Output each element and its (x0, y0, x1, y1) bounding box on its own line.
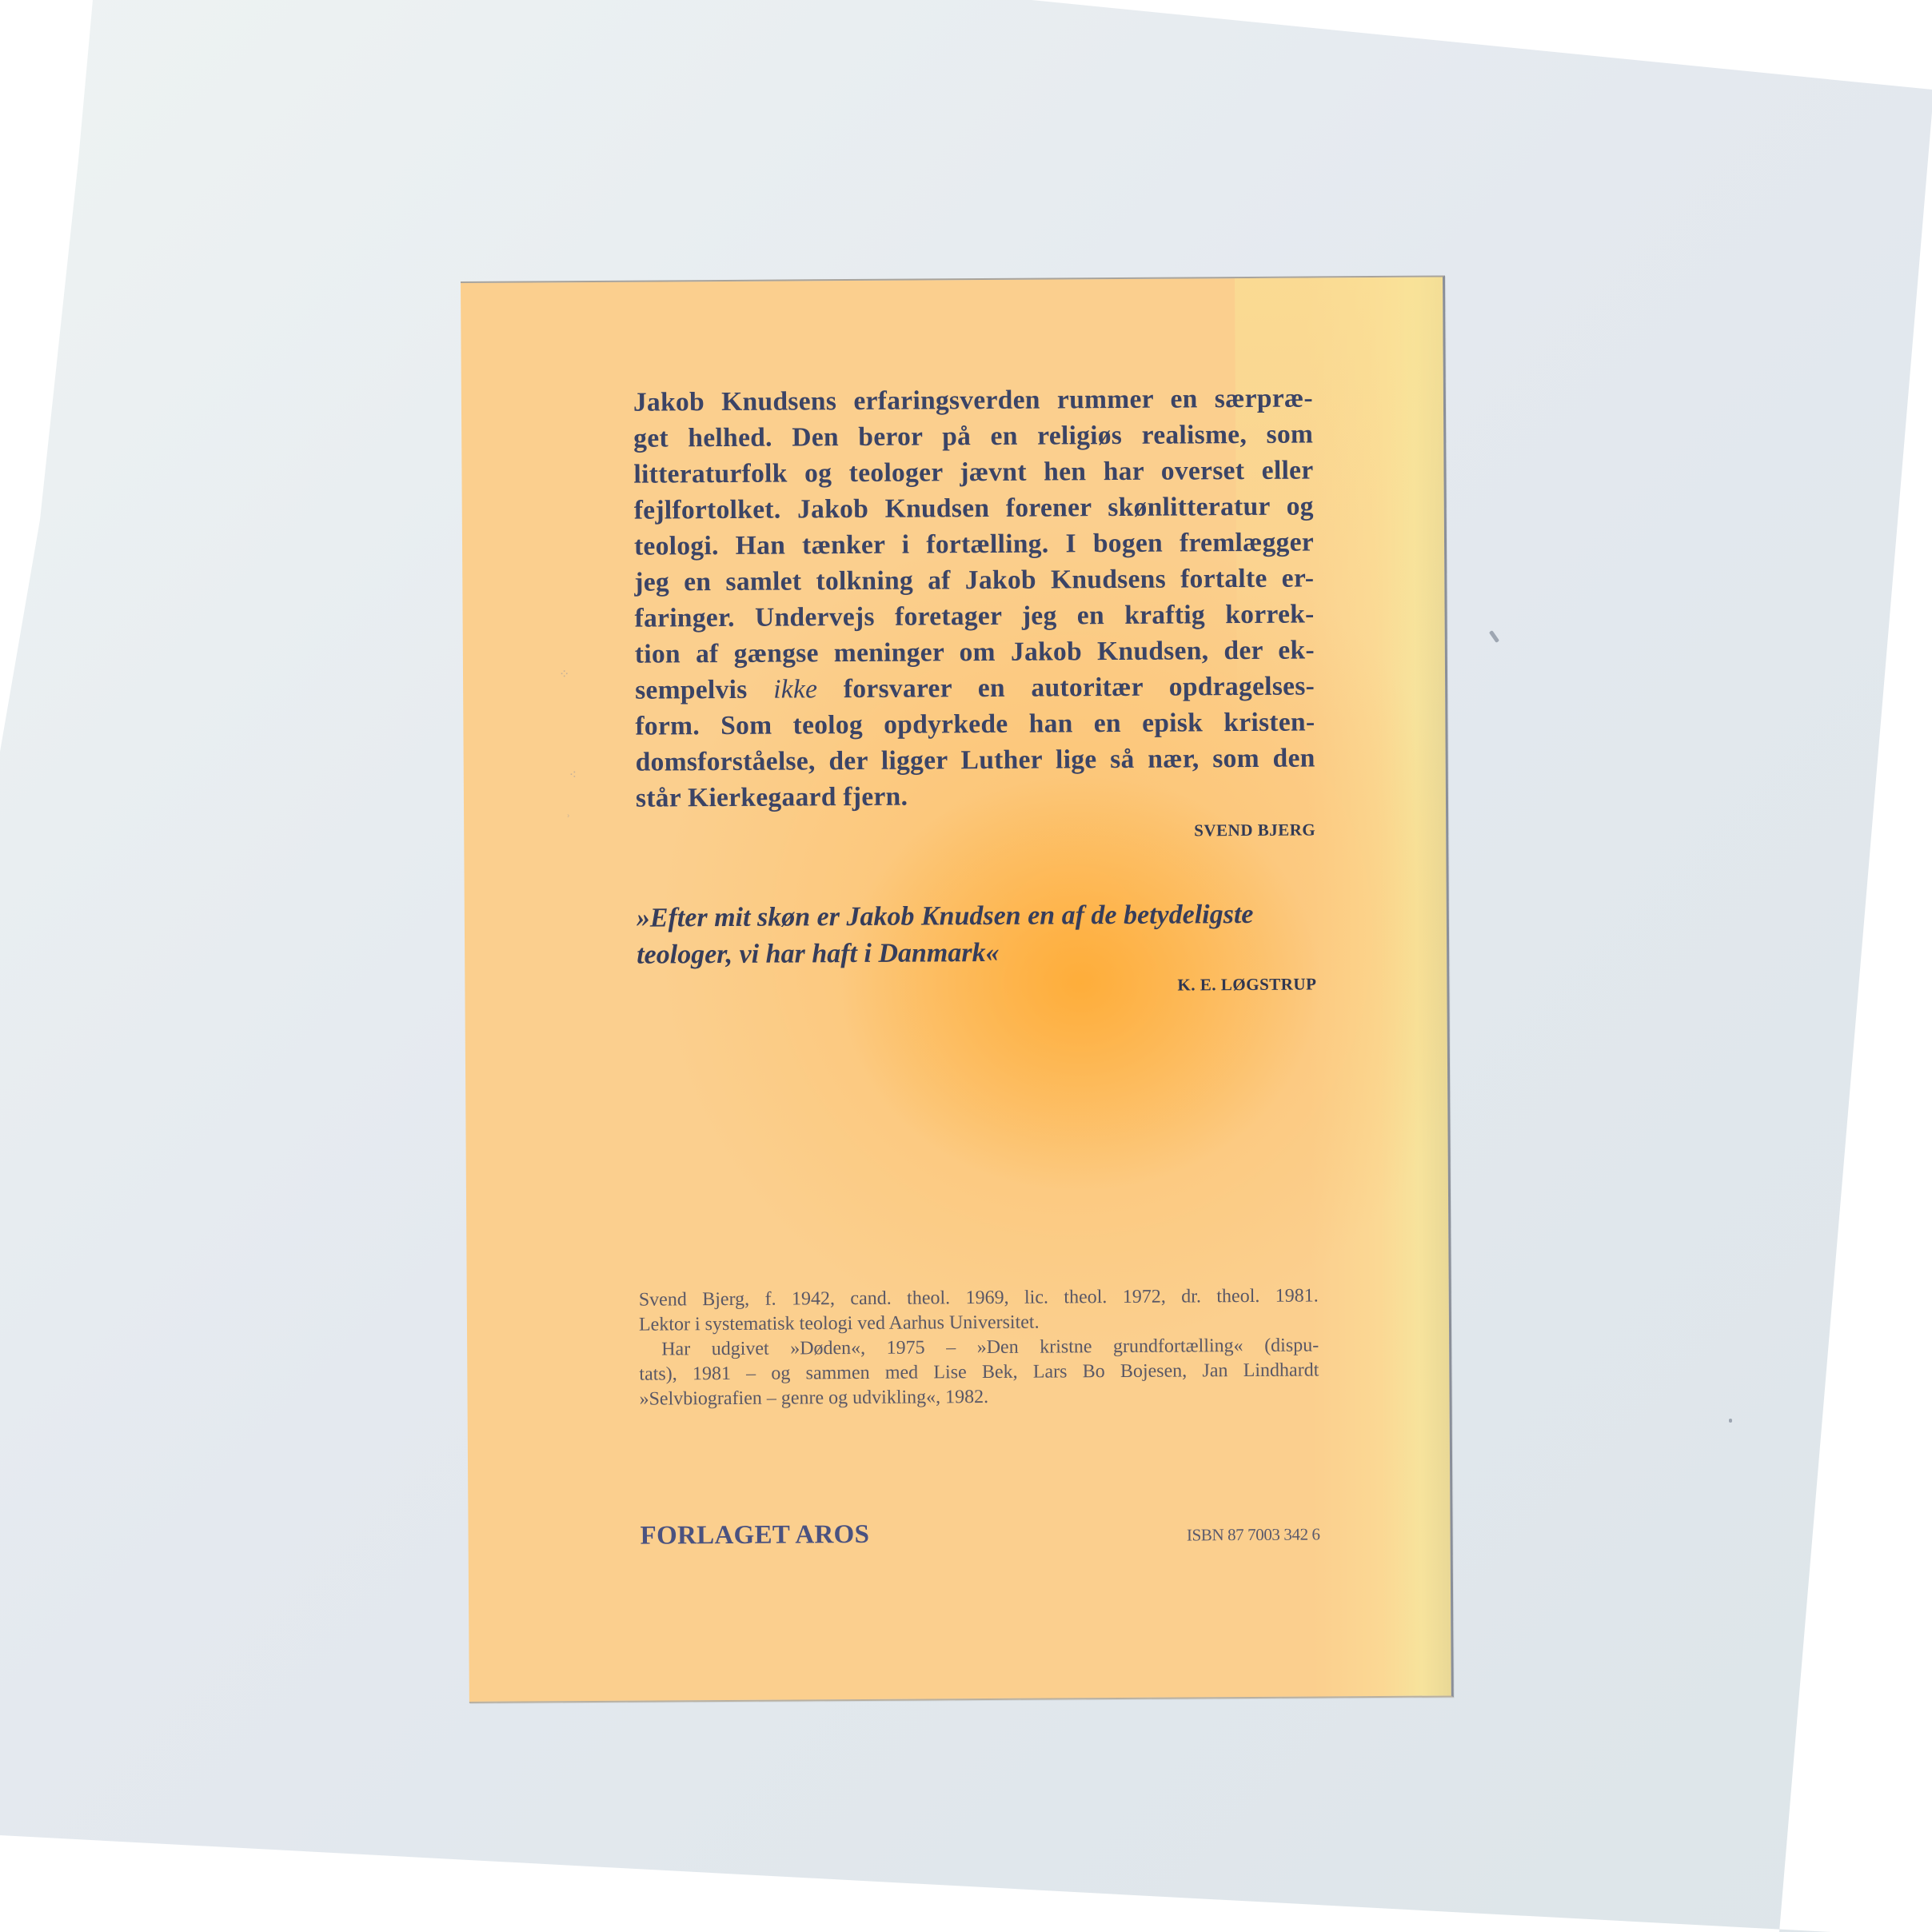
bio-line: Har udgivet »Døden«, 1975 – »Den kristne… (639, 1333, 1319, 1362)
bio-line: tats), 1981 – og sammen med Lise Bek, La… (639, 1358, 1319, 1387)
quote-line: »Efter mit skøn er Jakob Knudsen en af d… (637, 896, 1316, 936)
cover-scuff-mark: ⁘ (559, 666, 570, 681)
endorsement-quote: »Efter mit skøn er Jakob Knudsen en af d… (637, 896, 1317, 973)
blurb-line: fejlfortolket. Jakob Knudsen forener skø… (634, 488, 1314, 528)
quote-author-signature: K. E. LØGSTRUP (637, 974, 1316, 998)
blurb-line-end: forsvarer en autoritær opdragelses- (844, 671, 1315, 704)
blurb-line: tion af gængse meninger om Jakob Knudsen… (635, 632, 1315, 672)
bio-line: Svend Bjerg, f. 1942, cand. theol. 1969,… (639, 1283, 1319, 1312)
blurb-line: get helhed. Den beror på en religiøs rea… (633, 416, 1313, 456)
publisher-name: FORLAGET AROS (640, 1520, 869, 1551)
blurb-line: teologi. Han tænker i fortælling. I boge… (634, 524, 1314, 564)
emphasis-word: ikke (773, 674, 817, 704)
blurb-section: Jakob Knudsens erfaringsverden rummer en… (633, 380, 1317, 998)
book-back-cover: ⁘ ⁖ ⸒ Jakob Knudsens erfaringsverden rum… (461, 275, 1454, 1702)
photo-scene: ⁘ ⁖ ⸒ Jakob Knudsens erfaringsverden rum… (0, 0, 1932, 1932)
blurb-text: Jakob Knudsens erfaringsverden rummer en… (633, 380, 1315, 816)
author-bio: Svend Bjerg, f. 1942, cand. theol. 1969,… (639, 1283, 1319, 1411)
blurb-line: faringer. Undervejs foretager jeg en kra… (634, 596, 1314, 636)
blurb-line: litteraturfolk og teologer jævnt hen har… (633, 452, 1313, 492)
dust-speck (1729, 1419, 1732, 1423)
blurb-line: domsforståelse, der ligger Luther lige s… (636, 740, 1315, 780)
blurb-line-with-emphasis: sempelvis ikke forsvarer en autoritær op… (635, 668, 1315, 708)
blurb-line: står Kierkegaard fjern. (636, 776, 1315, 816)
blurb-line-start: sempelvis (635, 675, 748, 705)
blurb-line: jeg en samlet tolkning af Jakob Knudsens… (634, 560, 1314, 600)
bio-line: Lektor i systematisk teologi ved Aarhus … (639, 1308, 1319, 1337)
bio-line: »Selvbiografien – genre og udvikling«, 1… (639, 1383, 1319, 1411)
cover-scuff-mark: ⸒ (566, 800, 570, 818)
cover-footer: FORLAGET AROS ISBN 87 7003 342 6 (640, 1517, 1319, 1551)
cover-scuff-mark: ⁖ (569, 767, 577, 782)
quote-line: teologer, vi har haft i Danmark« (637, 932, 1316, 973)
blurb-line: Jakob Knudsens erfaringsverden rummer en… (633, 380, 1313, 420)
blurb-author-signature: SVEND BJERG (636, 820, 1315, 844)
isbn-number: ISBN 87 7003 342 6 (1187, 1524, 1320, 1545)
blurb-line: form. Som teolog opdyrkede han en episk … (635, 704, 1315, 744)
